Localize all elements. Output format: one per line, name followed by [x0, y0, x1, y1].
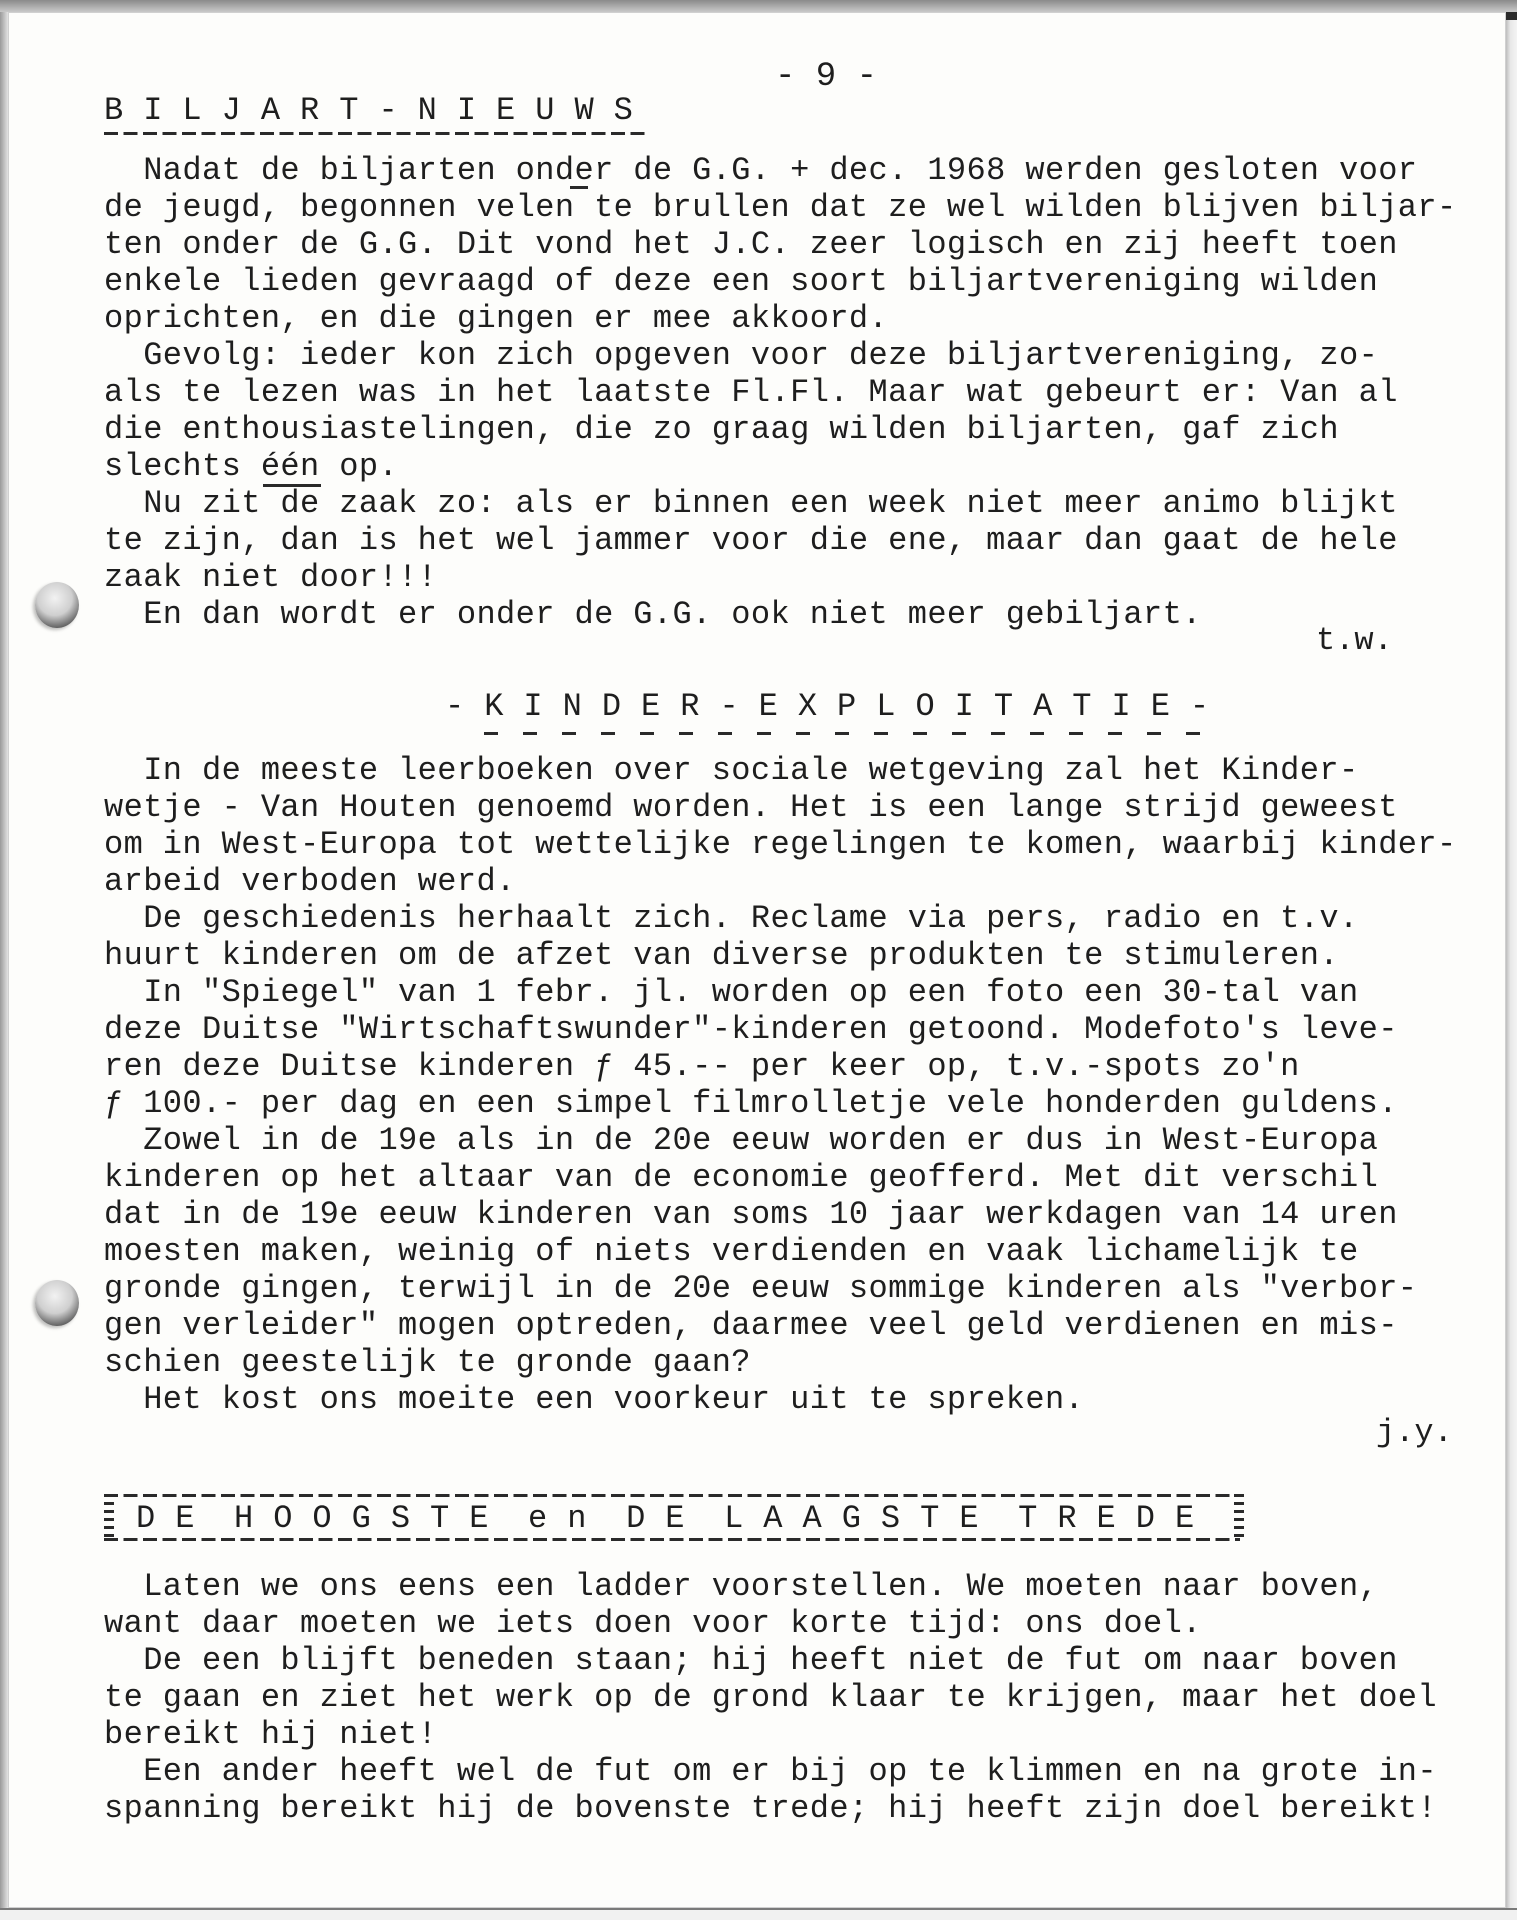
text-line: ƒ 100.- per dag en een simpel filmrollet…	[104, 1085, 1457, 1122]
text-line: De een blijft beneden staan; hij heeft n…	[104, 1642, 1437, 1679]
text-line: bereikt hij niet!	[104, 1716, 1437, 1753]
text-line: oprichten, en die gingen er mee akkoord.	[104, 300, 1457, 337]
text-line: zaak niet door!!!	[104, 559, 1457, 596]
text-line: deze Duitse "Wirtschaftswunder"-kinderen…	[104, 1011, 1457, 1048]
page-right-edge	[1506, 20, 1517, 1920]
text-line: Nadat de biljarten onder de G.G. + dec. …	[104, 152, 1457, 189]
section-title-hoogste-laagste-trede: D E H O O G S T E e n D E L A A G S T E …	[136, 1500, 1195, 1537]
text-line: de jeugd, begonnen velen te brullen dat …	[104, 189, 1457, 226]
text-line: want daar moeten we iets doen voor korte…	[104, 1605, 1437, 1642]
emphasis-underline	[263, 484, 321, 487]
text-line: In de meeste leerboeken over sociale wet…	[104, 752, 1457, 789]
text-line: ten onder de G.G. Dit vond het J.C. zeer…	[104, 226, 1457, 263]
text-line: De geschiedenis herhaalt zich. Reclame v…	[104, 900, 1457, 937]
text-line: En dan wordt er onder de G.G. ook niet m…	[104, 596, 1457, 633]
text-line: te gaan en ziet het werk op de grond kla…	[104, 1679, 1437, 1716]
signature-jy: j.y.	[1376, 1414, 1453, 1451]
text-line: die enthousiastelingen, die zo graag wil…	[104, 411, 1457, 448]
signature-tw: t.w.	[1316, 622, 1393, 659]
title-box-top	[104, 1494, 1240, 1497]
text-line: In "Spiegel" van 1 febr. jl. worden op e…	[104, 974, 1457, 1011]
section-title-kinder-exploitatie: - K I N D E R - E X P L O I T A T I E -	[445, 688, 1210, 725]
section-title-biljart-nieuws: B I L J A R T - N I E U W S	[104, 92, 633, 129]
text-line: kinderen op het altaar van de economie g…	[104, 1159, 1457, 1196]
section-body-biljart-nieuws: Nadat de biljarten onder de G.G. + dec. …	[104, 152, 1457, 633]
section-body-hoogste-laagste-trede: Laten we ons eens een ladder voorstellen…	[104, 1568, 1437, 1827]
text-line: dat in de 19e eeuw kinderen van soms 10 …	[104, 1196, 1457, 1233]
scanner-top-edge	[0, 0, 1517, 12]
title-box-bottom	[104, 1538, 1240, 1541]
text-line: gronde gingen, terwijl in de 20e eeuw so…	[104, 1270, 1457, 1307]
text-line: wetje - Van Houten genoemd worden. Het i…	[104, 789, 1457, 826]
text-line: ren deze Duitse kinderen ƒ 45.-- per kee…	[104, 1048, 1457, 1085]
text-line: moesten maken, weinig of niets verdiende…	[104, 1233, 1457, 1270]
text-line: slechts één op.	[104, 448, 1457, 485]
plus-minus-underline	[570, 186, 588, 189]
text-line: als te lezen was in het laatste Fl.Fl. M…	[104, 374, 1457, 411]
text-line: arbeid verboden werd.	[104, 863, 1457, 900]
punch-hole-icon	[35, 582, 79, 628]
text-line: spanning bereikt hij de bovenste trede; …	[104, 1790, 1437, 1827]
text-line: Laten we ons eens een ladder voorstellen…	[104, 1568, 1437, 1605]
page-left-edge	[0, 12, 8, 1908]
text-line: huurt kinderen om de afzet van diverse p…	[104, 937, 1457, 974]
title-box-left	[104, 1494, 114, 1540]
punch-hole-icon	[35, 1280, 79, 1326]
section-body-kinder-exploitatie: In de meeste leerboeken over sociale wet…	[104, 752, 1457, 1418]
text-line: Nu zit de zaak zo: als er binnen een wee…	[104, 485, 1457, 522]
text-line: Gevolg: ieder kon zich opgeven voor deze…	[104, 337, 1457, 374]
title-underline	[104, 132, 650, 135]
title-underline	[484, 732, 1204, 735]
text-line: te zijn, dan is het wel jammer voor die …	[104, 522, 1457, 559]
page-number: - 9 -	[775, 58, 877, 96]
text-line: Zowel in de 19e als in de 20e eeuw worde…	[104, 1122, 1457, 1159]
page-bottom-edge	[0, 1908, 1517, 1920]
text-line: schien geestelijk te gronde gaan?	[104, 1344, 1457, 1381]
text-line: Het kost ons moeite een voorkeur uit te …	[104, 1381, 1457, 1418]
text-line: om in West-Europa tot wettelijke regelin…	[104, 826, 1457, 863]
title-box-right	[1234, 1494, 1244, 1540]
text-line: gen verleider" mogen optreden, daarmee v…	[104, 1307, 1457, 1344]
text-line: enkele lieden gevraagd of deze een soort…	[104, 263, 1457, 300]
text-line: Een ander heeft wel de fut om er bij op …	[104, 1753, 1437, 1790]
